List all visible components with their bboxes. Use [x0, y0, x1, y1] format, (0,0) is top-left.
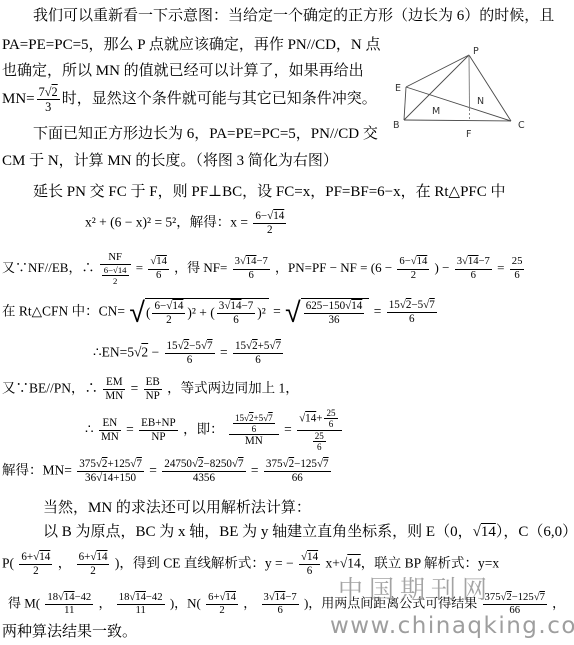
fraction-denominator: 11 [45, 605, 93, 617]
text: 延长 PN 交 FC 于 F，则 PF⊥BC，设 FC=x，PF=BF=6−x，… [33, 184, 506, 200]
equation-nf: 又∵NF//EB，∴ NF6−√142 = √146 ，得 NF= 3√14−7… [2, 252, 526, 286]
fraction-denominator: NP [144, 390, 162, 403]
math-text: = [149, 462, 157, 477]
fraction-denominator: 2 [253, 224, 286, 237]
fraction: 6+√142 [19, 551, 52, 577]
math-text: )，得到 CE 直线解析式：y = − [115, 555, 294, 570]
fraction-denominator: MN [99, 431, 121, 444]
fraction-denominator: MN [229, 435, 279, 448]
watermark-url: www.chinaqking.com [330, 613, 574, 639]
math-text: = [497, 260, 504, 275]
fraction-numerator: NF [100, 252, 131, 265]
fraction-numerator: 7√2 [37, 85, 60, 100]
fraction: 6−√142 [253, 210, 286, 236]
math-text: )，N( [170, 596, 201, 611]
sqrt-icon: √7 [263, 413, 273, 423]
paragraph2-line1: 下面已知正方形边长为 6，PA=PE=PC=5，PN//CD 交 [33, 125, 378, 144]
fraction-denominator: 2 [77, 565, 110, 578]
fraction: 15√2+5√76 [233, 340, 283, 366]
fraction-denominator: 256 [297, 431, 341, 453]
math-text: ，PN=PF − NF = [275, 260, 367, 275]
sqrt-icon: √2 [45, 85, 58, 99]
math-text: ∴ [85, 421, 94, 436]
math-text: 又∵BE//PN，∴ [2, 380, 98, 395]
fraction-denominator: 6 [148, 270, 169, 282]
nested-fraction: 15√2+5√76 [233, 413, 275, 435]
radical-sign-icon [129, 298, 145, 326]
math-text: )² [257, 305, 266, 322]
fraction-denominator: 11 [117, 605, 165, 617]
nested-fraction: 6−√142 [102, 265, 129, 286]
fraction-numerator: 6+√14 [206, 592, 238, 605]
fraction-denominator: 66 [264, 472, 331, 485]
fraction-numerator: 625−150√14 [304, 300, 365, 314]
text: 以 B 为原点，BC 为 x 轴，BE 为 y 轴建立直角坐标系，则 E（0，√… [43, 524, 574, 540]
fraction-numerator: 25 [313, 431, 326, 442]
fraction-numerator: 6+√14 [77, 551, 110, 565]
sqrt-icon: √14 [240, 256, 257, 267]
fraction: EMMN [103, 376, 125, 402]
text: 我们可以重新看一下示意图：当给定一个确定的正方形（边长为 6）的时候，且 [33, 8, 554, 24]
math-text: )² + ( [187, 305, 214, 322]
paragraph2-line2: CM 于 N，计算 MN 的长度。（将图 3 简化为右图） [2, 152, 338, 171]
fraction: 6+√142 [206, 592, 238, 618]
text: 下面已知正方形边长为 6，PA=PE=PC=5，PN//CD 交 [33, 126, 378, 142]
document-page: 我们可以重新看一下示意图：当给定一个确定的正方形（边长为 6）的时候，且 PA=… [0, 0, 574, 645]
math-text: = [126, 421, 134, 436]
figure-label-m: M [432, 106, 440, 117]
math-text: 在 Rt△CFN 中：CN= [2, 303, 125, 318]
fraction-denominator: 6 [324, 419, 337, 429]
math-text: 又∵NF//EB，∴ [2, 260, 94, 275]
sqrt-icon: √14 [90, 551, 107, 563]
fraction-denominator: 6 [299, 565, 320, 578]
paragraph1-line3: 也确定，所以 MN 的值就已经可以计算了，如果再给出 [2, 62, 364, 81]
paragraph1-line1: 我们可以重新看一下示意图：当给定一个确定的正方形（边长为 6）的时候，且 [33, 7, 554, 26]
sqrt-icon: √7 [534, 592, 545, 603]
fraction-numerator: 6+√14 [19, 551, 52, 565]
sqrt-icon: √2 [400, 299, 412, 311]
sqrt-icon: √14 [301, 551, 318, 563]
sqrt-icon: √14 [269, 592, 286, 603]
math-text: 得 M( [8, 596, 40, 611]
fraction-denominator: 36√14+150 [77, 472, 144, 485]
fraction: 6−√142 [397, 256, 429, 282]
sqrt-icon: √2 [134, 344, 148, 359]
sqrt-icon: √7 [201, 340, 213, 352]
fraction-numerator: 6−√14 [253, 210, 286, 224]
sqrt-icon: √2 [283, 458, 295, 470]
figure-label-p: P [473, 46, 479, 57]
fraction-denominator: 2 [206, 605, 238, 617]
math-text: = [136, 260, 143, 275]
conclusion-line: 两种算法结果一致。 [2, 623, 137, 642]
fraction: 6+√142 [77, 551, 110, 577]
sqrt-icon: √7 [317, 458, 329, 470]
sqrt-icon: √14 [224, 300, 241, 312]
fraction-denominator: 6 [217, 314, 255, 327]
analytic-intro-line: 当然，MN 的求法还可以用解析法计算： [43, 499, 311, 518]
fraction: ENMN [99, 417, 121, 443]
fraction-denominator: 2 [397, 270, 429, 282]
fraction-numerator: 3√14−7 [262, 592, 299, 605]
fraction-denominator: MN [103, 390, 125, 403]
sqrt-icon: √14 [267, 210, 284, 222]
fraction-numerator: 6−√14 [102, 265, 129, 276]
geometry-figure: P E B C F M N [392, 44, 542, 144]
fraction: 7√23 [37, 85, 60, 114]
fraction-numerator: 18√14−42 [45, 592, 93, 605]
text: 当然，MN 的求法还可以用解析法计算： [43, 500, 311, 516]
fraction: EBNP [144, 376, 162, 402]
math-text: = [131, 380, 139, 395]
math-text: P( [2, 555, 14, 570]
figure-label-e: E [395, 83, 401, 94]
sqrt-icon: √2 [178, 340, 190, 352]
sqrt-icon: √14 [299, 412, 316, 424]
math-text: (6 − [371, 260, 392, 275]
math-text: ， [552, 596, 565, 611]
fraction: 3√14−76 [262, 592, 299, 618]
fraction: 625−150√1436 [304, 300, 365, 326]
fraction: EB+NPNP [139, 417, 178, 443]
math-text: x+√14，联立 BP 解析式：y=x [325, 555, 499, 570]
fraction-denominator: 36 [304, 314, 365, 327]
text: 时，显然这个条件就可能与其它已知条件冲突。 [62, 91, 377, 107]
radical-sign-icon [285, 298, 301, 326]
watermark-brand: 中国期刊网 [338, 570, 493, 606]
fraction: √146 [148, 256, 169, 282]
fraction-numerator: 15√2+5√7 [233, 340, 283, 354]
fraction-denominator: 6 [233, 354, 283, 367]
equation-x: x² + (6 − x)² = 5²，解得：x = 6−√142 [85, 210, 288, 236]
fraction: 15√2−5√76 [387, 299, 437, 325]
math-text: ∴EN=5√2 − [93, 344, 159, 359]
fraction-denominator: 6 [455, 270, 492, 282]
math-text: ，得 NF= [174, 260, 227, 275]
math-text: x² + (6 − x)² = 5²，解得：x = [85, 214, 248, 229]
figure-label-b: B [393, 120, 400, 131]
fraction: 18√14−4211 [45, 592, 93, 618]
fraction: 15√2+5√76MN [229, 413, 279, 449]
equation-mn-result: 解得：MN= 375√2+125√736√14+150 = 24750√2−82… [2, 458, 333, 484]
fraction: 375√2+125√736√14+150 [77, 458, 144, 484]
fraction-numerator: 3√14−7 [233, 256, 270, 269]
math-text: ， [58, 555, 72, 570]
fraction-numerator: EN [99, 417, 121, 431]
sqrt-icon: √2 [96, 458, 108, 470]
math-text: ， [243, 596, 256, 611]
coordinate-setup-line: 以 B 为原点，BC 为 x 轴，BE 为 y 轴建立直角坐标系，则 E（0，√… [43, 523, 574, 542]
math-text: 解得：MN= [2, 462, 72, 477]
fraction: 3√14−76 [217, 300, 255, 326]
math-text: = [374, 303, 382, 318]
fraction-numerator: √14 [299, 551, 320, 565]
fraction-denominator: 4356 [162, 472, 245, 485]
sqrt-icon: √7 [269, 340, 281, 352]
sqrt-icon: √7 [423, 299, 435, 311]
nested-fraction: 256 [313, 431, 326, 453]
fraction-numerator: EB [144, 376, 162, 390]
text: 两种算法结果一致。 [2, 624, 137, 640]
solution-line1: 延长 PN 交 FC 于 F，则 PF⊥BC，设 FC=x，PF=BF=6−x，… [33, 183, 506, 202]
figure-lines [404, 55, 511, 121]
sqrt-icon: √14 [58, 592, 75, 603]
text: PA=PE=PC=5，那么 P 点就应该确定，再作 PN//CD，N 点 [2, 37, 381, 53]
fraction-denominator: 6 [510, 270, 525, 282]
math-text: = [220, 344, 228, 359]
sqrt-icon: √2 [501, 592, 512, 603]
fraction-denominator: 2 [152, 314, 185, 327]
sqrt-icon: √7 [232, 458, 244, 470]
fraction: 6−√142 [152, 300, 185, 326]
math-text: = [251, 462, 259, 477]
math-text: = [284, 421, 292, 436]
fraction-numerator: √14 [148, 256, 169, 269]
fraction: 3√14−76 [233, 256, 270, 282]
fraction-numerator: EM [103, 376, 125, 390]
text: CM 于 N，计算 MN 的长度。（将图 3 简化为右图） [2, 153, 338, 169]
fraction: 15√2−5√76 [165, 340, 215, 366]
fraction-numerator: EB+NP [139, 417, 178, 431]
radical: (6−√142)² + (3√14−76)² [129, 298, 268, 326]
figure-label-c: C [518, 120, 525, 131]
fraction-numerator: 15√2+5√7 [233, 413, 275, 424]
fraction: √14+256256 [297, 408, 341, 453]
math-text: ) − [435, 260, 450, 275]
sqrt-icon: √2 [244, 413, 254, 423]
fraction-denominator: 2 [102, 276, 129, 286]
fraction: 256 [510, 256, 525, 282]
fraction: 24750√2−8250√74356 [162, 458, 245, 484]
sqrt-icon: √14 [150, 256, 167, 267]
fraction-numerator: 3√14−7 [455, 256, 492, 269]
math-text: = [273, 303, 281, 318]
fraction: 375√2−125√766 [264, 458, 331, 484]
equation-ratio: 又∵BE//PN，∴ EMMN = EBNP ，等式两边同加上 1， [2, 376, 299, 402]
fraction-denominator: 6 [262, 605, 299, 617]
figure-label-f: F [466, 129, 471, 140]
math-text: ，等式两边同加上 1， [167, 380, 299, 395]
equation-ratio-plus-one: ∴ ENMN = EB+NPNP ，即： 15√2+5√76MN = √14+2… [85, 408, 344, 453]
sqrt-icon: √7 [130, 458, 142, 470]
fraction-numerator: 375√2+125√7 [77, 458, 144, 472]
fraction-denominator: NP [139, 431, 178, 444]
fraction-numerator: 15√2+5√76 [229, 413, 279, 436]
fraction: √146 [299, 551, 320, 577]
sqrt-icon: √14 [219, 592, 236, 603]
fraction-numerator: 25 [324, 408, 337, 419]
sqrt-icon: √2 [246, 340, 258, 352]
fraction-denominator: 6 [233, 424, 275, 434]
sqrt-icon: √14 [33, 551, 50, 563]
math-text: ，即： [183, 421, 224, 436]
text: 也确定，所以 MN 的值就已经可以计算了，如果再给出 [2, 63, 364, 79]
fraction-numerator: 15√2−5√7 [387, 299, 437, 313]
fraction-denominator: 6 [233, 270, 270, 282]
fraction-denominator: 6 [165, 354, 215, 367]
nested-fraction: 256 [324, 408, 337, 430]
equation-en: ∴EN=5√2 − 15√2−5√76 = 15√2+5√76 [93, 340, 285, 366]
fraction-denominator: 6−√142 [100, 265, 131, 286]
sqrt-icon: √14 [473, 524, 496, 540]
sqrt-icon: √14 [340, 555, 361, 570]
sqrt-icon: √14 [345, 300, 362, 312]
sqrt-icon: √14 [411, 256, 428, 267]
fraction-numerator: 24750√2−8250√7 [162, 458, 245, 472]
fraction-numerator: √14+256 [297, 408, 341, 431]
sqrt-icon: √14 [462, 256, 479, 267]
fraction-denominator: 2 [19, 565, 52, 578]
sqrt-icon: √14 [129, 592, 146, 603]
figure-label-n: N [477, 96, 484, 107]
sqrt-icon: √14 [113, 265, 127, 275]
fraction-numerator: 6−√14 [152, 300, 185, 314]
paragraph1-line4: MN=7√23时，显然这个条件就可能与其它已知条件冲突。 [2, 85, 377, 114]
radical: 625−150√1436 [285, 298, 369, 326]
fraction-numerator: 6−√14 [397, 256, 429, 269]
fraction-numerator: 25 [510, 256, 525, 269]
math-text: MN= [2, 91, 35, 107]
math-text: ， [98, 596, 111, 611]
equation-cn: 在 Rt△CFN 中：CN= (6−√142)² + (3√14−76)² = … [2, 298, 439, 326]
fraction-denominator: 6 [387, 313, 437, 326]
sqrt-icon: √14 [96, 472, 113, 484]
fraction-denominator: 3 [37, 100, 60, 114]
fraction-numerator: 15√2−5√7 [165, 340, 215, 354]
fraction: 18√14−4211 [117, 592, 165, 618]
fraction: NF6−√142 [100, 252, 131, 286]
fraction-numerator: 375√2−125√7 [264, 458, 331, 472]
math-text: ( [146, 305, 151, 322]
fraction-numerator: 18√14−42 [117, 592, 165, 605]
fraction: 3√14−76 [455, 256, 492, 282]
fraction-denominator: 6 [313, 442, 326, 452]
math-text: √14+ [299, 412, 322, 424]
paragraph1-line2: PA=PE=PC=5，那么 P 点就应该确定，再作 PN//CD，N 点 [2, 36, 381, 55]
sqrt-icon: √2 [192, 458, 204, 470]
sqrt-icon: √14 [166, 300, 183, 312]
fraction-numerator: 3√14−7 [217, 300, 255, 314]
